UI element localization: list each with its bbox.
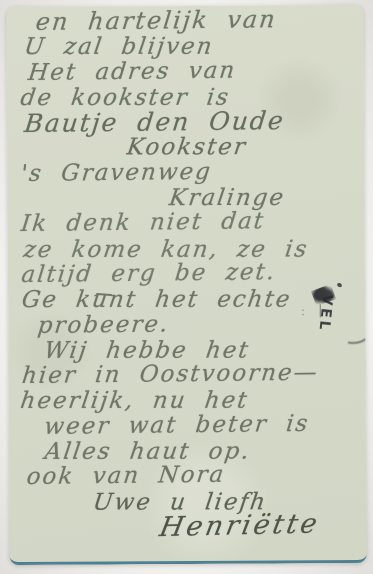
- postmark-ink-dot: [336, 282, 342, 288]
- postcard: en hartelijk vanU zal blijvenHet adres v…: [6, 5, 366, 565]
- handwriting-line: Ik denk niet dat: [20, 208, 367, 237]
- handwriting-line: U zal blijven: [23, 35, 367, 61]
- handwriting-line: Het adres van: [27, 57, 367, 86]
- handwriting-line: 's Gravenweg: [19, 158, 366, 187]
- handwriting-line: hier in Oostvoorne—: [21, 360, 367, 389]
- scan-background: en hartelijk vanU zal blijvenHet adres v…: [0, 0, 373, 574]
- handwriting-line: Henriëtte: [158, 510, 367, 540]
- handwriting-line: ook van Nora: [25, 461, 366, 490]
- handwriting-line: Kookster: [125, 135, 366, 161]
- postmark-stamp: VEL: [311, 281, 367, 351]
- handwriting-line: en hartelijk van: [34, 6, 366, 35]
- handwriting-line: weer wat beter is: [43, 411, 367, 440]
- ink-smudge: :: [301, 305, 305, 318]
- handwriting-line: Bautje den Oude: [23, 107, 367, 136]
